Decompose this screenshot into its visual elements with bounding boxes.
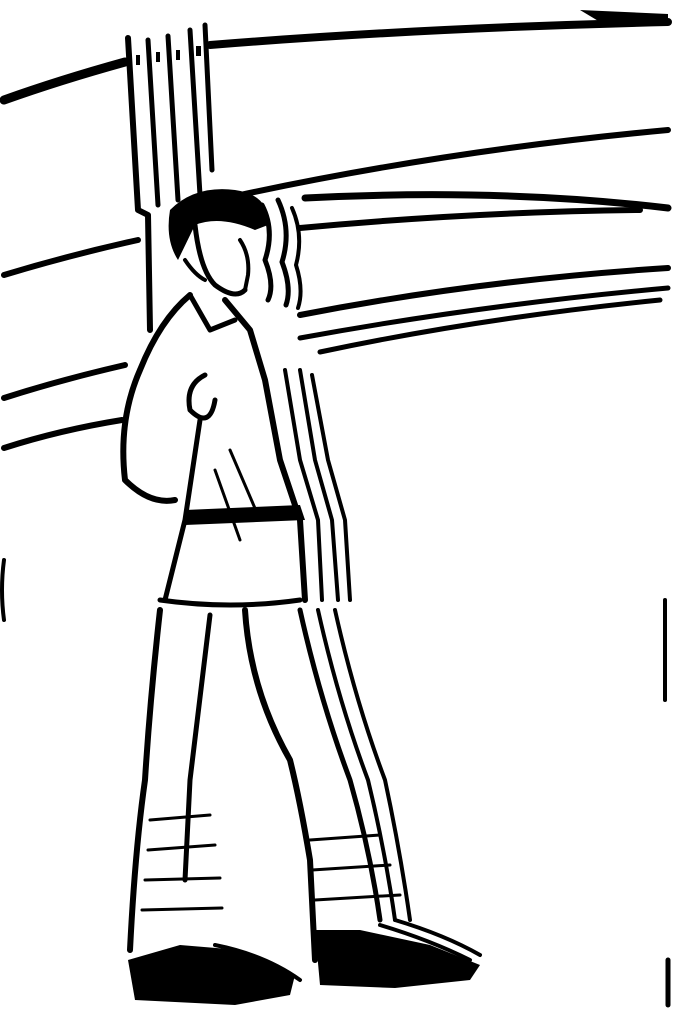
illustration [0,0,675,1013]
legs [130,610,410,960]
boots [128,920,480,1005]
rifle [128,25,212,330]
head [169,189,301,308]
speed-lines [4,10,668,1005]
torso [123,295,350,605]
margin-mark [2,560,4,620]
